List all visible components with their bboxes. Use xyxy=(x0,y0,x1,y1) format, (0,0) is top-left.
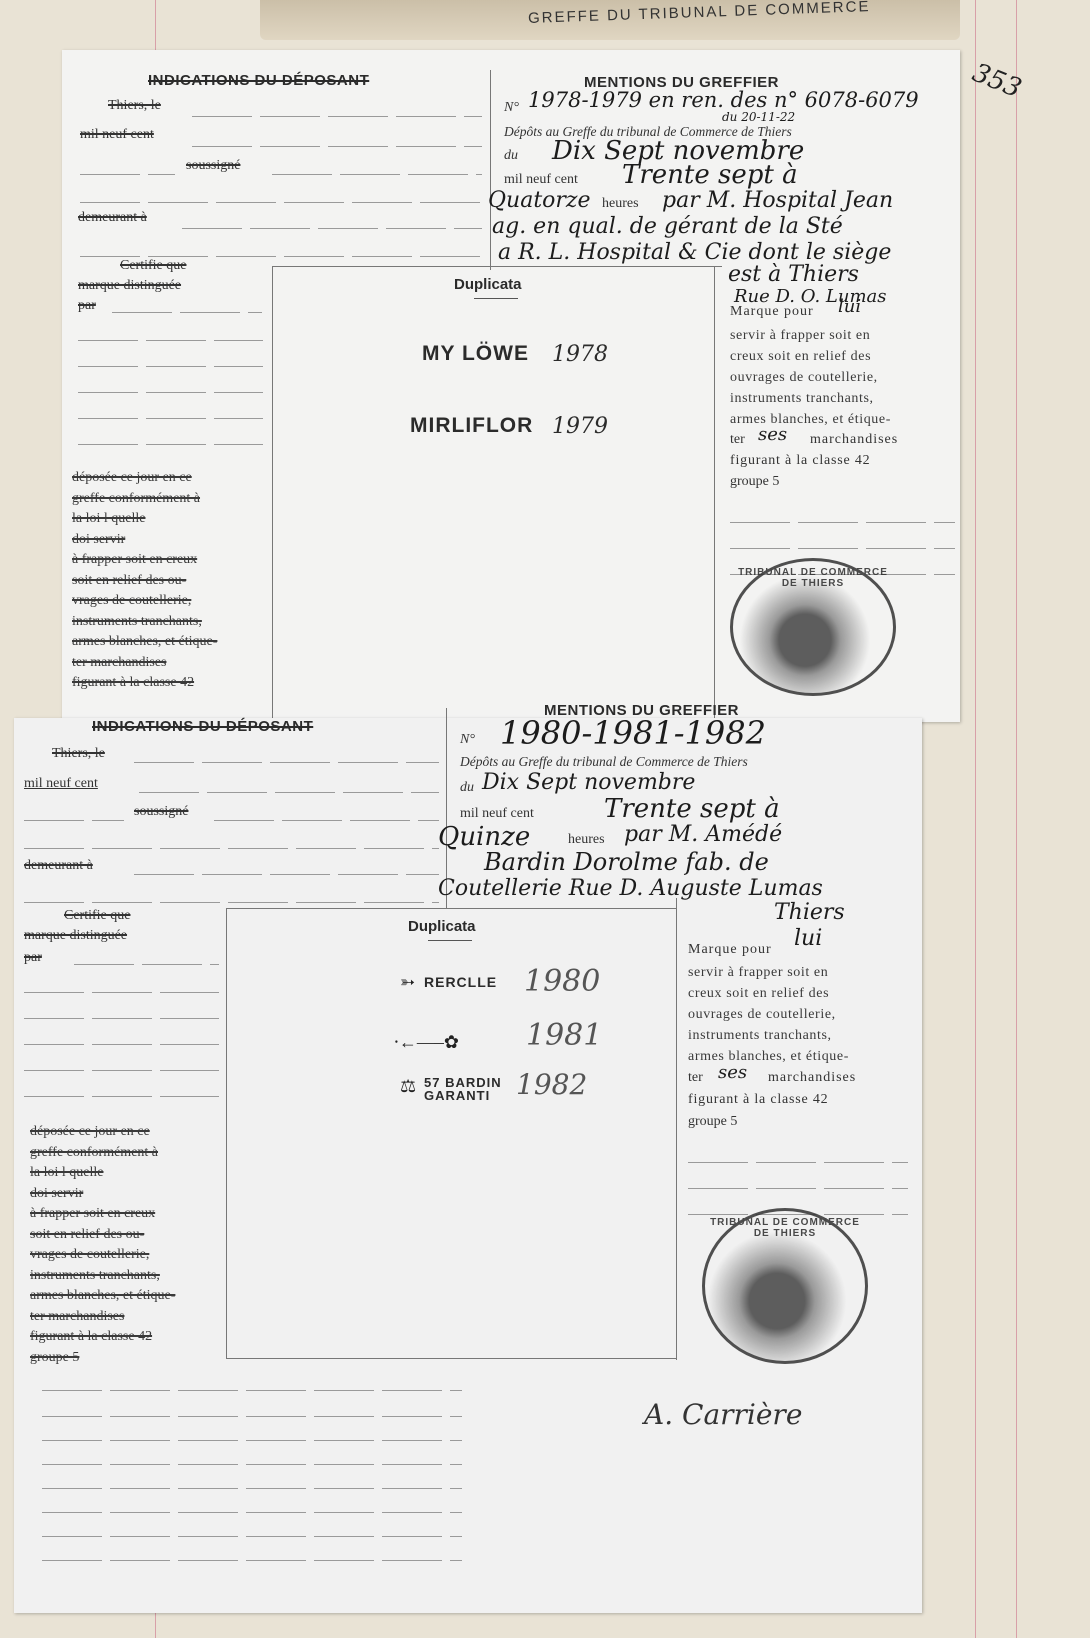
deposit-year: Trente sept à xyxy=(604,794,780,824)
field-label-undersigned: soussigné xyxy=(186,158,240,174)
court-seal-stamp: TRIBUNAL DE COMMERCE DE THIERS xyxy=(730,558,896,696)
blank-line xyxy=(24,902,439,903)
registration-note: du 20-11-22 xyxy=(722,110,795,124)
blank-line xyxy=(42,1390,462,1391)
field-label-residing: demeurant à xyxy=(78,210,147,226)
ter-value: ses xyxy=(758,424,787,445)
field-label-certifies: Certifie que xyxy=(64,908,130,924)
trademark-number: 1981 xyxy=(526,1018,602,1053)
depositor-trade: Bardin Dorolme fab. de xyxy=(484,848,769,876)
trademark-name: RERCLLE xyxy=(424,974,497,990)
usage-text: servir à frapper soit encreux soit en re… xyxy=(730,325,891,430)
mark-for-label: Marque pour xyxy=(730,304,814,320)
duplicata-underline xyxy=(474,298,518,299)
deposit-date: Dix Sept novembre xyxy=(482,770,695,795)
trademark-name: 57 BARDIN GARANTI xyxy=(424,1076,504,1102)
trademark-number: 1978 xyxy=(552,342,608,367)
blank-line xyxy=(24,1070,219,1071)
blank-line xyxy=(42,1464,462,1465)
blank-line xyxy=(730,522,955,523)
trademark-name: MY LÖWE xyxy=(422,342,529,366)
group-line: groupe 5 xyxy=(688,1114,737,1130)
group-line: groupe 5 xyxy=(730,474,779,490)
arrow-mark-icon: ➳ xyxy=(400,972,415,993)
registration-form-2: INDICATIONS DU DÉPOSANT Thiers, le mil n… xyxy=(14,718,922,1613)
knife-figure-mark-icon: ⸱←—–✿ xyxy=(394,1030,459,1054)
ter-label: ter xyxy=(730,432,745,448)
blank-line xyxy=(192,116,482,117)
class-line: figurant à la classe 42 xyxy=(730,453,870,469)
trademark-number: 1979 xyxy=(552,414,608,439)
depositor-header: INDICATIONS DU DÉPOSANT xyxy=(92,718,313,735)
depositor-address: Coutellerie Rue D. Auguste Lumas xyxy=(438,876,823,901)
blank-line xyxy=(134,762,439,763)
mark-for-value: lui xyxy=(794,926,822,951)
field-label-by: par xyxy=(78,298,96,314)
blank-line xyxy=(24,1096,219,1097)
blank-line xyxy=(42,1488,462,1489)
depositor-name: par M. Amédé xyxy=(624,822,782,847)
mark-for-value: lui xyxy=(838,296,861,317)
registration-form-1: INDICATIONS DU DÉPOSANT Thiers, le mil n… xyxy=(62,50,960,722)
blank-line xyxy=(272,174,482,175)
duplicata-title: Duplicata xyxy=(408,918,476,935)
field-label-year: mil neuf cent xyxy=(24,776,98,792)
deposit-year: Trente sept à xyxy=(622,160,798,190)
blank-line xyxy=(78,366,263,367)
field-label-year: mil neuf cent xyxy=(80,127,154,143)
ledger-margin-line xyxy=(975,0,976,1638)
blank-line xyxy=(214,820,439,821)
ter-value: ses xyxy=(718,1062,747,1083)
field-label-by: par xyxy=(24,950,42,966)
blank-line xyxy=(74,964,219,965)
depositor-body-text: déposée ce jour en cegreffe conformément… xyxy=(30,1122,220,1368)
goods-label: marchandises xyxy=(810,432,898,448)
field-label-mark: marque distinguée xyxy=(78,278,181,294)
ter-label: ter xyxy=(688,1070,703,1086)
duplicata-top-border xyxy=(226,908,676,909)
duplicata-right-border xyxy=(676,898,677,1360)
depositor-body-text: déposée ce jour en cegreffe conformément… xyxy=(72,468,262,694)
scale-emblem-mark-icon: ⚖ xyxy=(400,1076,416,1097)
field-label-residing: demeurant à xyxy=(24,858,93,874)
date-label: du xyxy=(460,780,474,796)
court-seal-stamp: TRIBUNAL DE COMMERCE DE THIERS xyxy=(702,1208,868,1364)
goods-label: marchandises xyxy=(768,1070,856,1086)
mark-for-label: Marque pour xyxy=(688,942,772,958)
number-label: N° xyxy=(504,100,519,116)
blank-line xyxy=(78,418,263,419)
blank-line xyxy=(80,256,480,257)
blank-line xyxy=(42,1560,462,1561)
company-city: est à Thiers xyxy=(728,262,859,287)
field-label-certifies: Certifie que xyxy=(120,258,186,274)
blank-line xyxy=(730,548,955,549)
ledger-top-strip: GREFFE DU TRIBUNAL DE COMMERCE xyxy=(260,0,960,40)
blank-line xyxy=(42,1440,462,1441)
hours-label: heures xyxy=(568,832,605,848)
divider xyxy=(490,70,491,270)
duplicata-left-border xyxy=(226,908,227,1358)
blank-line xyxy=(688,1162,908,1163)
registration-number: 1980-1981-1982 xyxy=(500,714,766,752)
blank-line xyxy=(24,1018,219,1019)
registration-number: 1978-1979 en ren. des n° 6078-6079 xyxy=(528,88,919,112)
year-label: mil neuf cent xyxy=(460,806,534,822)
blank-line xyxy=(134,874,439,875)
blank-line xyxy=(182,228,482,229)
blank-line xyxy=(688,1188,908,1189)
blank-line xyxy=(139,792,439,793)
top-strip-text: GREFFE DU TRIBUNAL DE COMMERCE xyxy=(528,0,871,27)
blank-line xyxy=(192,146,482,147)
duplicata-left-border xyxy=(272,266,273,722)
class-line: figurant à la classe 42 xyxy=(688,1092,828,1108)
date-label: du xyxy=(504,148,518,164)
blank-line xyxy=(78,340,263,341)
blank-line xyxy=(42,1416,462,1417)
usage-text: servir à frapper soit encreux soit en re… xyxy=(688,962,849,1067)
clerk-signature: A. Carrière xyxy=(644,1398,802,1431)
depositor-capacity: ag. en qual. de gérant de la Sté xyxy=(492,214,843,239)
deposit-text: Dépôts au Greffe du tribunal de Commerce… xyxy=(460,754,748,770)
blank-line xyxy=(42,1536,462,1537)
hours-label: heures xyxy=(602,196,639,212)
duplicata-right-border xyxy=(714,266,715,722)
field-label-date: Thiers, le xyxy=(108,98,161,114)
field-label-undersigned: soussigné xyxy=(134,804,188,820)
blank-line xyxy=(112,312,262,313)
blank-line xyxy=(80,202,480,203)
number-label: N° xyxy=(460,732,475,748)
blank-line xyxy=(24,848,439,849)
field-label-date: Thiers, le xyxy=(52,746,105,762)
blank-line xyxy=(78,444,263,445)
blank-line xyxy=(80,174,175,175)
blank-line xyxy=(24,992,219,993)
duplicata-top-border xyxy=(272,266,722,267)
duplicata-title: Duplicata xyxy=(454,276,522,293)
depositor-city: Thiers xyxy=(774,900,845,925)
duplicata-underline xyxy=(428,940,472,941)
trademark-number: 1982 xyxy=(516,1068,587,1101)
ledger-margin-line xyxy=(1016,0,1017,1638)
trademark-number: 1980 xyxy=(524,964,600,999)
duplicata-bottom-border xyxy=(226,1358,676,1359)
blank-line xyxy=(42,1512,462,1513)
year-label: mil neuf cent xyxy=(504,172,578,188)
deposit-hour: Quatorze xyxy=(488,188,591,213)
depositor-header: INDICATIONS DU DÉPOSANT xyxy=(148,72,369,89)
depositor-name: par M. Hospital Jean xyxy=(662,188,893,213)
blank-line xyxy=(24,1044,219,1045)
field-label-mark: marque distinguée xyxy=(24,928,127,944)
trademark-name: MIRLIFLOR xyxy=(410,414,533,438)
blank-line xyxy=(24,820,124,821)
blank-line xyxy=(78,392,263,393)
